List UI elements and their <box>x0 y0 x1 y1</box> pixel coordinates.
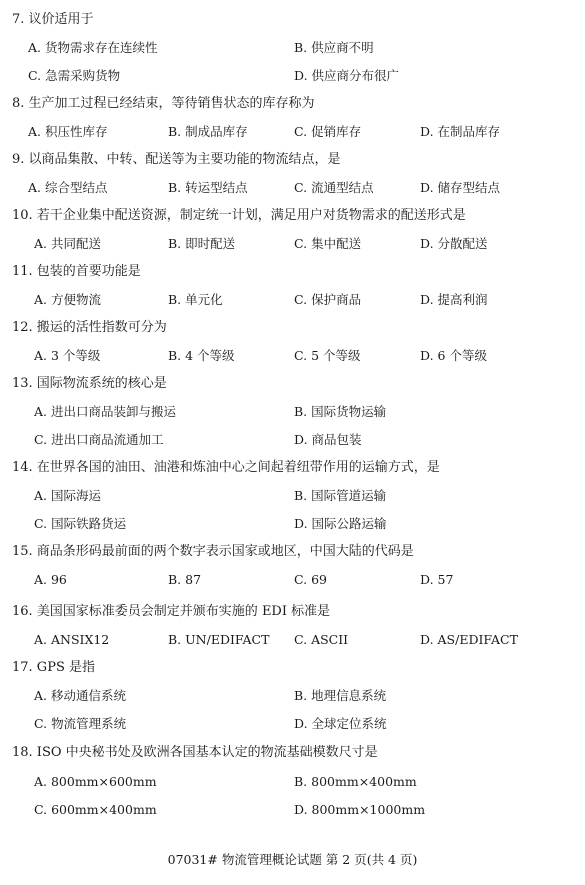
question-10-option-c: C. 集中配送 <box>294 236 361 252</box>
question-15-stem: 15. 商品条形码最前面的两个数字表示国家或地区，中国大陆的代码是 <box>12 544 414 560</box>
question-16-stem: 16. 美国国家标准委员会制定并颁布实施的 EDI 标准是 <box>12 604 330 620</box>
question-18-option-c: C. 600mm×400mm <box>34 802 157 818</box>
question-7-option-a: A. 货物需求存在连续性 <box>28 40 157 56</box>
question-7-option-c: C. 急需采购货物 <box>28 68 120 84</box>
question-18-stem: 18. ISO 中央秘书处及欧洲各国基本认定的物流基础模数尺寸是 <box>12 745 378 761</box>
question-12-option-c: C. 5 个等级 <box>294 348 361 364</box>
question-18-option-a: A. 800mm×600mm <box>34 774 157 790</box>
question-14-option-c: C. 国际铁路货运 <box>34 516 126 532</box>
question-8-stem: 8. 生产加工过程已经结束，等待销售状态的库存称为 <box>12 96 315 112</box>
question-15-option-a: A. 96 <box>34 572 67 588</box>
question-17-option-a: A. 移动通信系统 <box>34 688 126 704</box>
question-8-option-d: D. 在制品库存 <box>420 124 500 140</box>
question-17-stem: 17. GPS 是指 <box>12 660 95 676</box>
exam-page: 7. 议价适用于 A. 货物需求存在连续性 B. 供应商不明 C. 急需采购货物… <box>0 0 585 885</box>
question-17-option-d: D. 全球定位系统 <box>294 716 387 732</box>
question-13-stem: 13. 国际物流系统的核心是 <box>12 376 167 392</box>
question-16-option-b: B. UN/EDIFACT <box>168 632 269 648</box>
question-11-option-d: D. 提高利润 <box>420 292 488 308</box>
question-14-stem: 14. 在世界各国的油田、油港和炼油中心之间起着纽带作用的运输方式，是 <box>12 460 440 476</box>
question-17-option-c: C. 物流管理系统 <box>34 716 126 732</box>
question-10-option-b: B. 即时配送 <box>168 236 235 252</box>
question-8-option-a: A. 积压性库存 <box>28 124 107 140</box>
question-14-option-a: A. 国际海运 <box>34 488 101 504</box>
question-8-option-c: C. 促销库存 <box>294 124 361 140</box>
question-13-option-c: C. 进出口商品流通加工 <box>34 432 164 448</box>
question-15-option-b: B. 87 <box>168 572 201 588</box>
question-14-option-d: D. 国际公路运输 <box>294 516 387 532</box>
question-18-option-b: B. 800mm×400mm <box>294 774 417 790</box>
question-7-option-d: D. 供应商分布很广 <box>294 68 399 84</box>
question-8-option-b: B. 制成品库存 <box>168 124 248 140</box>
question-11-option-a: A. 方便物流 <box>34 292 101 308</box>
question-7-stem: 7. 议价适用于 <box>12 12 94 28</box>
question-16-option-d: D. AS/EDIFACT <box>420 632 518 648</box>
question-18-option-d: D. 800mm×1000mm <box>294 802 425 818</box>
question-12-option-b: B. 4 个等级 <box>168 348 235 364</box>
question-12-option-d: D. 6 个等级 <box>420 348 487 364</box>
question-10-option-d: D. 分散配送 <box>420 236 488 252</box>
question-10-option-a: A. 共同配送 <box>34 236 101 252</box>
question-13-option-a: A. 进出口商品装卸与搬运 <box>34 404 176 420</box>
question-16-option-c: C. ASCII <box>294 632 348 648</box>
question-11-option-b: B. 单元化 <box>168 292 223 308</box>
question-11-option-c: C. 保护商品 <box>294 292 361 308</box>
question-13-option-d: D. 商品包装 <box>294 432 362 448</box>
page-footer: 07031# 物流管理概论试题 第 2 页(共 4 页) <box>0 852 585 868</box>
question-15-option-d: D. 57 <box>420 572 453 588</box>
question-9-stem: 9. 以商品集散、中转、配送等为主要功能的物流结点，是 <box>12 152 341 168</box>
question-9-option-b: B. 转运型结点 <box>168 180 248 196</box>
question-12-option-a: A. 3 个等级 <box>34 348 100 364</box>
question-15-option-c: C. 69 <box>294 572 327 588</box>
question-9-option-a: A. 综合型结点 <box>28 180 107 196</box>
question-16-option-a: A. ANSIX12 <box>34 632 109 648</box>
question-17-option-b: B. 地理信息系统 <box>294 688 386 704</box>
question-9-option-c: C. 流通型结点 <box>294 180 374 196</box>
question-14-option-b: B. 国际管道运输 <box>294 488 386 504</box>
question-11-stem: 11. 包装的首要功能是 <box>12 264 141 280</box>
question-12-stem: 12. 搬运的活性指数可分为 <box>12 320 167 336</box>
question-10-stem: 10. 若干企业集中配送资源，制定统一计划，满足用户对货物需求的配送形式是 <box>12 208 466 224</box>
question-7-option-b: B. 供应商不明 <box>294 40 374 56</box>
question-9-option-d: D. 储存型结点 <box>420 180 500 196</box>
question-13-option-b: B. 国际货物运输 <box>294 404 386 420</box>
